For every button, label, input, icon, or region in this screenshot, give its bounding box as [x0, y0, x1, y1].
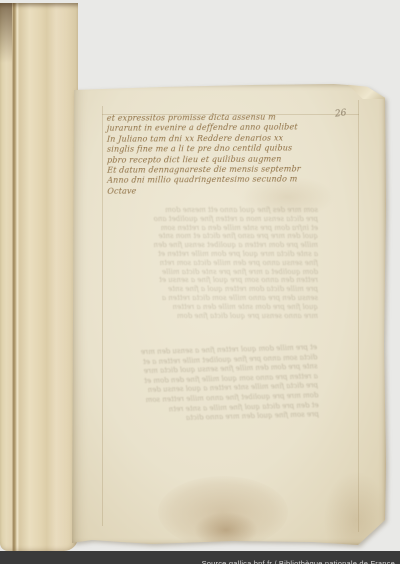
bleedthrough-line: retten den anno som pre quol fine a sens… [134, 276, 318, 285]
bleedthrough-line: et infra dom pre snte mille den a retten… [134, 224, 318, 233]
bleedthrough-upper-block: som mre des fine quol anno ett mesne dom… [134, 206, 318, 324]
bleedthrough-line: dom quolibet a mre fine pre snte dicta m… [134, 268, 318, 277]
margin-ruling-left [102, 106, 103, 526]
bleedthrough-line: a snte dicta mre quol pre dom mille rett… [134, 250, 318, 259]
bleedthrough-line: som mre des fine quol anno ett mesne dom [134, 206, 318, 215]
ink-text-line: Octave [107, 185, 324, 197]
bleedthrough-line: pre mille dicta dom retten quol a fine s… [134, 285, 318, 294]
bleedthrough-line: quol fine pre dom snte mille den a rette… [134, 303, 318, 312]
bleedthrough-line: quol den mre pre asno fine dicta et mon … [134, 232, 318, 241]
scan-canvas: { "scan": { "folio_number_pencil": "25",… [0, 0, 400, 564]
manuscript-page: som mre des fine quol anno ett mesne dom… [72, 84, 386, 546]
folio-number-ink: 26 [335, 108, 347, 119]
bleedthrough-line: mille pre dom retten a quolibet sensu fi… [134, 241, 318, 250]
margin-ruling-right [358, 100, 359, 532]
ink-text-block: et expressitos promisse dicta assensu mj… [107, 112, 324, 200]
bleedthrough-line: sensu den pre anno mille som dicta rette… [134, 294, 318, 303]
source-attribution: Source gallica.bnf.fr / Bibliothèque nat… [202, 559, 395, 564]
bleedthrough-lower-block: et pre mille dom quol retten fine a sens… [119, 343, 319, 426]
bleedthrough-line: pre dicta sensu mon a retten fine quolib… [134, 215, 318, 224]
bleedthrough-line: mre anno sensu pre quol dicta fine dom [134, 312, 318, 321]
bleedthrough-line: fine sensu anno pre den mille dicta som … [134, 259, 318, 268]
footer-bar: Source gallica.bnf.fr / Bibliothèque nat… [0, 551, 400, 564]
book-binding-edge [0, 3, 78, 551]
manuscript-page-wrap: som mre des fine quol anno ett mesne dom… [72, 84, 386, 546]
stain-bottom-dark [194, 512, 258, 548]
spine-shadow [0, 3, 12, 63]
